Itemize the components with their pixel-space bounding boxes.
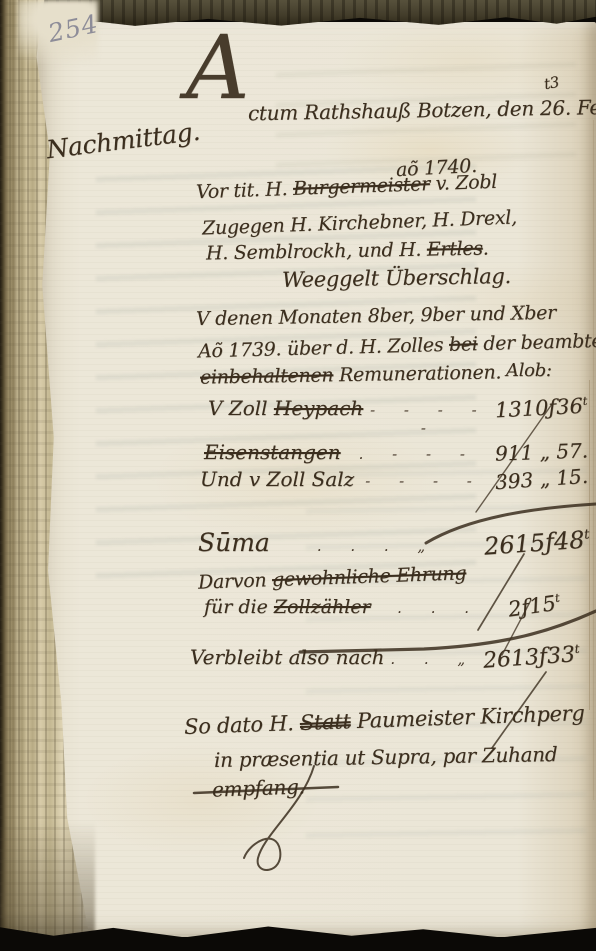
page-edge-line (593, 120, 594, 800)
deduction-line-2-pre: für die (204, 596, 274, 618)
ledger-row-2: Eisenstangen . - - - 911 „ 57. (204, 440, 588, 464)
ledger-row-2-label-struck: Eisenstangen (204, 440, 341, 464)
body-line-3-post: Remunerationen. (333, 361, 501, 386)
closing-line-3: empfang. (212, 774, 305, 801)
ledger-row-3-amount: 393 „ 15. (494, 464, 589, 494)
header-line-4-struck: Ertles (427, 238, 483, 261)
body-line-2-post: der beambten (477, 330, 596, 356)
deduction-line-2: für die Zollzähler (204, 596, 371, 618)
section-title: Weeggelt Überschlag. (282, 264, 511, 292)
amount-unit: t (574, 642, 580, 656)
header-superscript: t3 (543, 73, 561, 93)
ledger-row-1-label-pre: V Zoll (208, 396, 274, 420)
ledger-row-1-label: V Zoll Heypach (208, 396, 363, 420)
body-line-3-struck: einbehaltenen (200, 364, 334, 388)
amount-unit: t (583, 394, 588, 408)
deduction-row: für die Zollzähler . . . 2ƒ15t (204, 594, 560, 618)
header-line-4-post: . (483, 238, 489, 260)
amount-value: 911 „ 57. (495, 438, 589, 465)
amount-value: 393 „ 15. (494, 464, 589, 494)
deduction-amount: 2ƒ15t (506, 590, 561, 621)
ledger-row-2-dots: . - - - (341, 445, 495, 463)
ledger-row-3: Und v Zoll Salz - - - - 393 „ 15. (200, 467, 588, 491)
remainder-dots: . . „ (385, 650, 483, 668)
ledger-row-1: V Zoll Heypach - - - - - 1310ƒ36t (208, 396, 588, 437)
remainder-amount: 2613ƒ33t (482, 642, 581, 674)
remainder-row: Verbleibt also nach . . „ 2613ƒ33t (190, 645, 580, 670)
ledger-row-2-amount: 911 „ 57. (495, 438, 589, 465)
ledger-row-1-amount: 1310ƒ36t (495, 394, 589, 423)
deduction-line-1-pre: Darvon (198, 569, 273, 594)
closing-line-1-pre: So dato H. (184, 711, 301, 739)
ledger-row-3-label-pre: Und v Zoll Salz (200, 467, 354, 491)
header-line-2-post: v. Zobl (430, 171, 498, 195)
initial-capital: A (186, 24, 249, 112)
deduction-dots: . . . (371, 599, 508, 617)
ledger-row-2-label: Eisenstangen (204, 440, 341, 464)
suma-row: Sūma . . . „ 2615ƒ48t (198, 528, 590, 557)
ledger-row-3-label: Und v Zoll Salz (200, 467, 354, 491)
body-side-note: Alob: (506, 360, 552, 381)
remainder-label: Verbleibt also nach (190, 645, 385, 669)
suma-dots: . . . „ (270, 537, 484, 555)
suma-amount: 2615ƒ48t (483, 525, 591, 560)
ledger-row-1-label-struck: Heypach (274, 396, 363, 420)
amount-value: 2ƒ15 (506, 591, 557, 621)
closing-line-1-struck: Statt (299, 709, 351, 735)
deduction-line-2-struck: Zollzähler (274, 596, 371, 618)
header-line-2-pre: Vor tit. H. (196, 178, 294, 203)
amount-unit: t (584, 527, 590, 542)
header-line-4-pre: H. Semblrockh, und H. (206, 239, 427, 265)
amount-value: 2615ƒ48 (483, 526, 585, 561)
body-line-2-struck: bei (449, 333, 478, 356)
amount-value: 2613ƒ33 (482, 642, 576, 673)
ledger-row-1-dots: - - - - - (363, 401, 495, 437)
suma-label: Sūma (198, 528, 270, 557)
manuscript-scan: 254 A ctum Rathshauß Botzen, den 26. Feb… (0, 0, 596, 951)
ledger-row-3-dots: - - - - (354, 472, 495, 490)
amount-value: 1310ƒ36 (495, 394, 584, 423)
